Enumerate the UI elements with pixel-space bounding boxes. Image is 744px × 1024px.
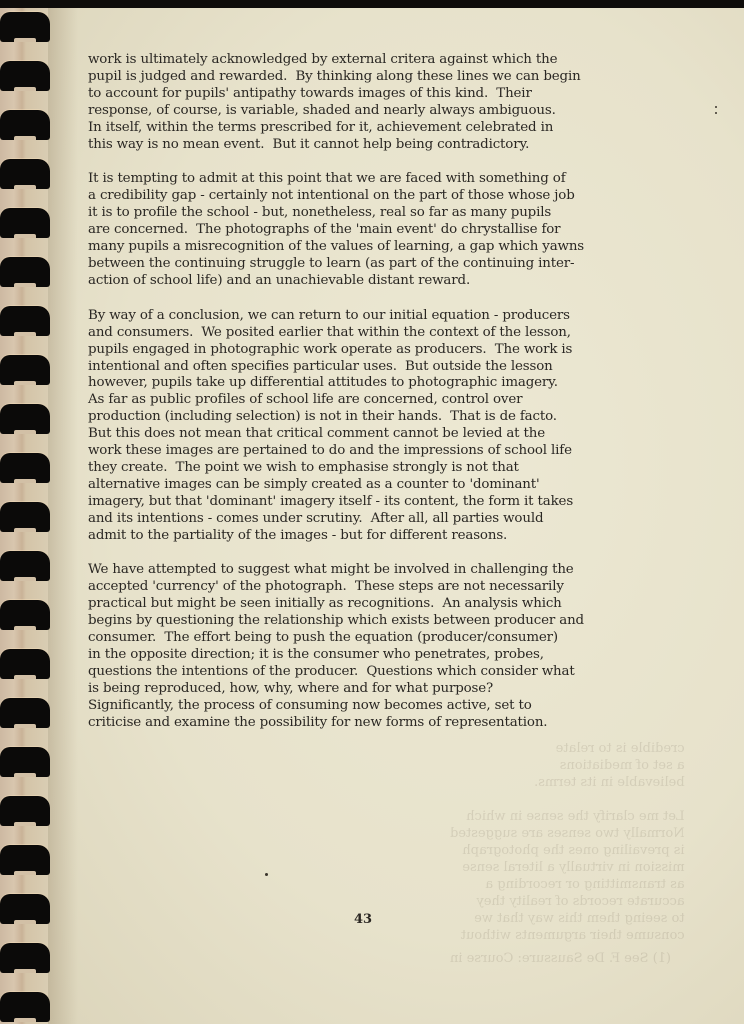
binding-ring — [0, 159, 50, 189]
text-line: a credibility gap - certainly not intent… — [88, 188, 668, 205]
binding-ring — [0, 747, 50, 777]
text-line: We have attempted to suggest what might … — [88, 562, 668, 579]
text-line: alternative images can be simply created… — [88, 477, 668, 494]
text-line: action of school life) and an unachievab… — [88, 273, 668, 290]
ink-speck — [715, 112, 717, 114]
binding-ring — [0, 894, 50, 924]
binding-ring — [0, 649, 50, 679]
show-through-footnote: (1) See F. De Saussure: Course in — [450, 950, 671, 967]
binding-ring — [0, 12, 50, 42]
text-line: In itself, within the terms prescribed f… — [88, 120, 668, 137]
text-line: this way is no mean event. But it cannot… — [88, 137, 668, 154]
binding-ring — [0, 698, 50, 728]
binding-ring — [0, 208, 50, 238]
text-line: and consumers. We posited earlier that w… — [88, 325, 668, 342]
binding-ring — [0, 257, 50, 287]
text-line: admit to the partiality of the images - … — [88, 528, 668, 545]
body-text: work is ultimately acknowledged by exter… — [88, 52, 668, 750]
text-line: and its intentions - comes under scrutin… — [88, 511, 668, 528]
text-line: But this does not mean that critical com… — [88, 426, 668, 443]
text-line: accepted 'currency' of the photograph. T… — [88, 579, 668, 596]
text-line: intentional and often specifies particul… — [88, 359, 668, 376]
paragraph-3: By way of a conclusion, we can return to… — [88, 308, 668, 545]
text-line: consumer. The effort being to push the e… — [88, 630, 668, 647]
text-line: imagery, but that 'dominant' imagery its… — [88, 494, 668, 511]
binding-ring — [0, 845, 50, 875]
binding-ring — [0, 404, 50, 434]
text-line: however, pupils take up differential att… — [88, 375, 668, 392]
binding-ring — [0, 796, 50, 826]
show-through-text: credible is to relate a set of mediation… — [450, 740, 685, 944]
text-line: work is ultimately acknowledged by exter… — [88, 52, 668, 69]
paragraph-4: We have attempted to suggest what might … — [88, 562, 668, 731]
binding-ring — [0, 502, 50, 532]
page-number: 43 — [354, 912, 372, 927]
paragraph-2: It is tempting to admit at this point th… — [88, 171, 668, 289]
text-line: practical but might be seen initially as… — [88, 596, 668, 613]
scanned-page: credible is to relate a set of mediation… — [0, 0, 744, 1024]
scan-top-edge — [0, 0, 744, 8]
text-line: Significantly, the process of consuming … — [88, 698, 668, 715]
text-line: It is tempting to admit at this point th… — [88, 171, 668, 188]
text-line: are concerned. The photographs of the 'm… — [88, 222, 668, 239]
text-line: pupil is judged and rewarded. By thinkin… — [88, 69, 668, 86]
binding-ring — [0, 943, 50, 973]
text-line: production (including selection) is not … — [88, 409, 668, 426]
binding-ring — [0, 110, 50, 140]
text-line: many pupils a misrecognition of the valu… — [88, 239, 668, 256]
text-line: As far as public profiles of school life… — [88, 392, 668, 409]
paragraph-1: work is ultimately acknowledged by exter… — [88, 52, 668, 153]
binding-ring — [0, 992, 50, 1022]
text-line: to account for pupils' antipathy towards… — [88, 86, 668, 103]
spiral-binding — [0, 0, 60, 1024]
ink-speck — [715, 106, 717, 108]
binding-ring — [0, 306, 50, 336]
ink-speck — [265, 873, 268, 876]
text-line: response, of course, is variable, shaded… — [88, 103, 668, 120]
text-line: in the opposite direction; it is the con… — [88, 647, 668, 664]
text-line: is being reproduced, how, why, where and… — [88, 681, 668, 698]
text-line: criticise and examine the possibility fo… — [88, 715, 668, 732]
text-line: By way of a conclusion, we can return to… — [88, 308, 668, 325]
binding-ring — [0, 61, 50, 91]
binding-ring — [0, 551, 50, 581]
text-line: begins by questioning the relationship w… — [88, 613, 668, 630]
text-line: they create. The point we wish to emphas… — [88, 460, 668, 477]
binding-ring — [0, 355, 50, 385]
text-line: between the continuing struggle to learn… — [88, 256, 668, 273]
text-line: it is to profile the school - but, nonet… — [88, 205, 668, 222]
text-line: questions the intentions of the producer… — [88, 664, 668, 681]
text-line: work these images are pertained to do an… — [88, 443, 668, 460]
text-line: pupils engaged in photographic work oper… — [88, 342, 668, 359]
binding-ring — [0, 600, 50, 630]
binding-ring — [0, 453, 50, 483]
